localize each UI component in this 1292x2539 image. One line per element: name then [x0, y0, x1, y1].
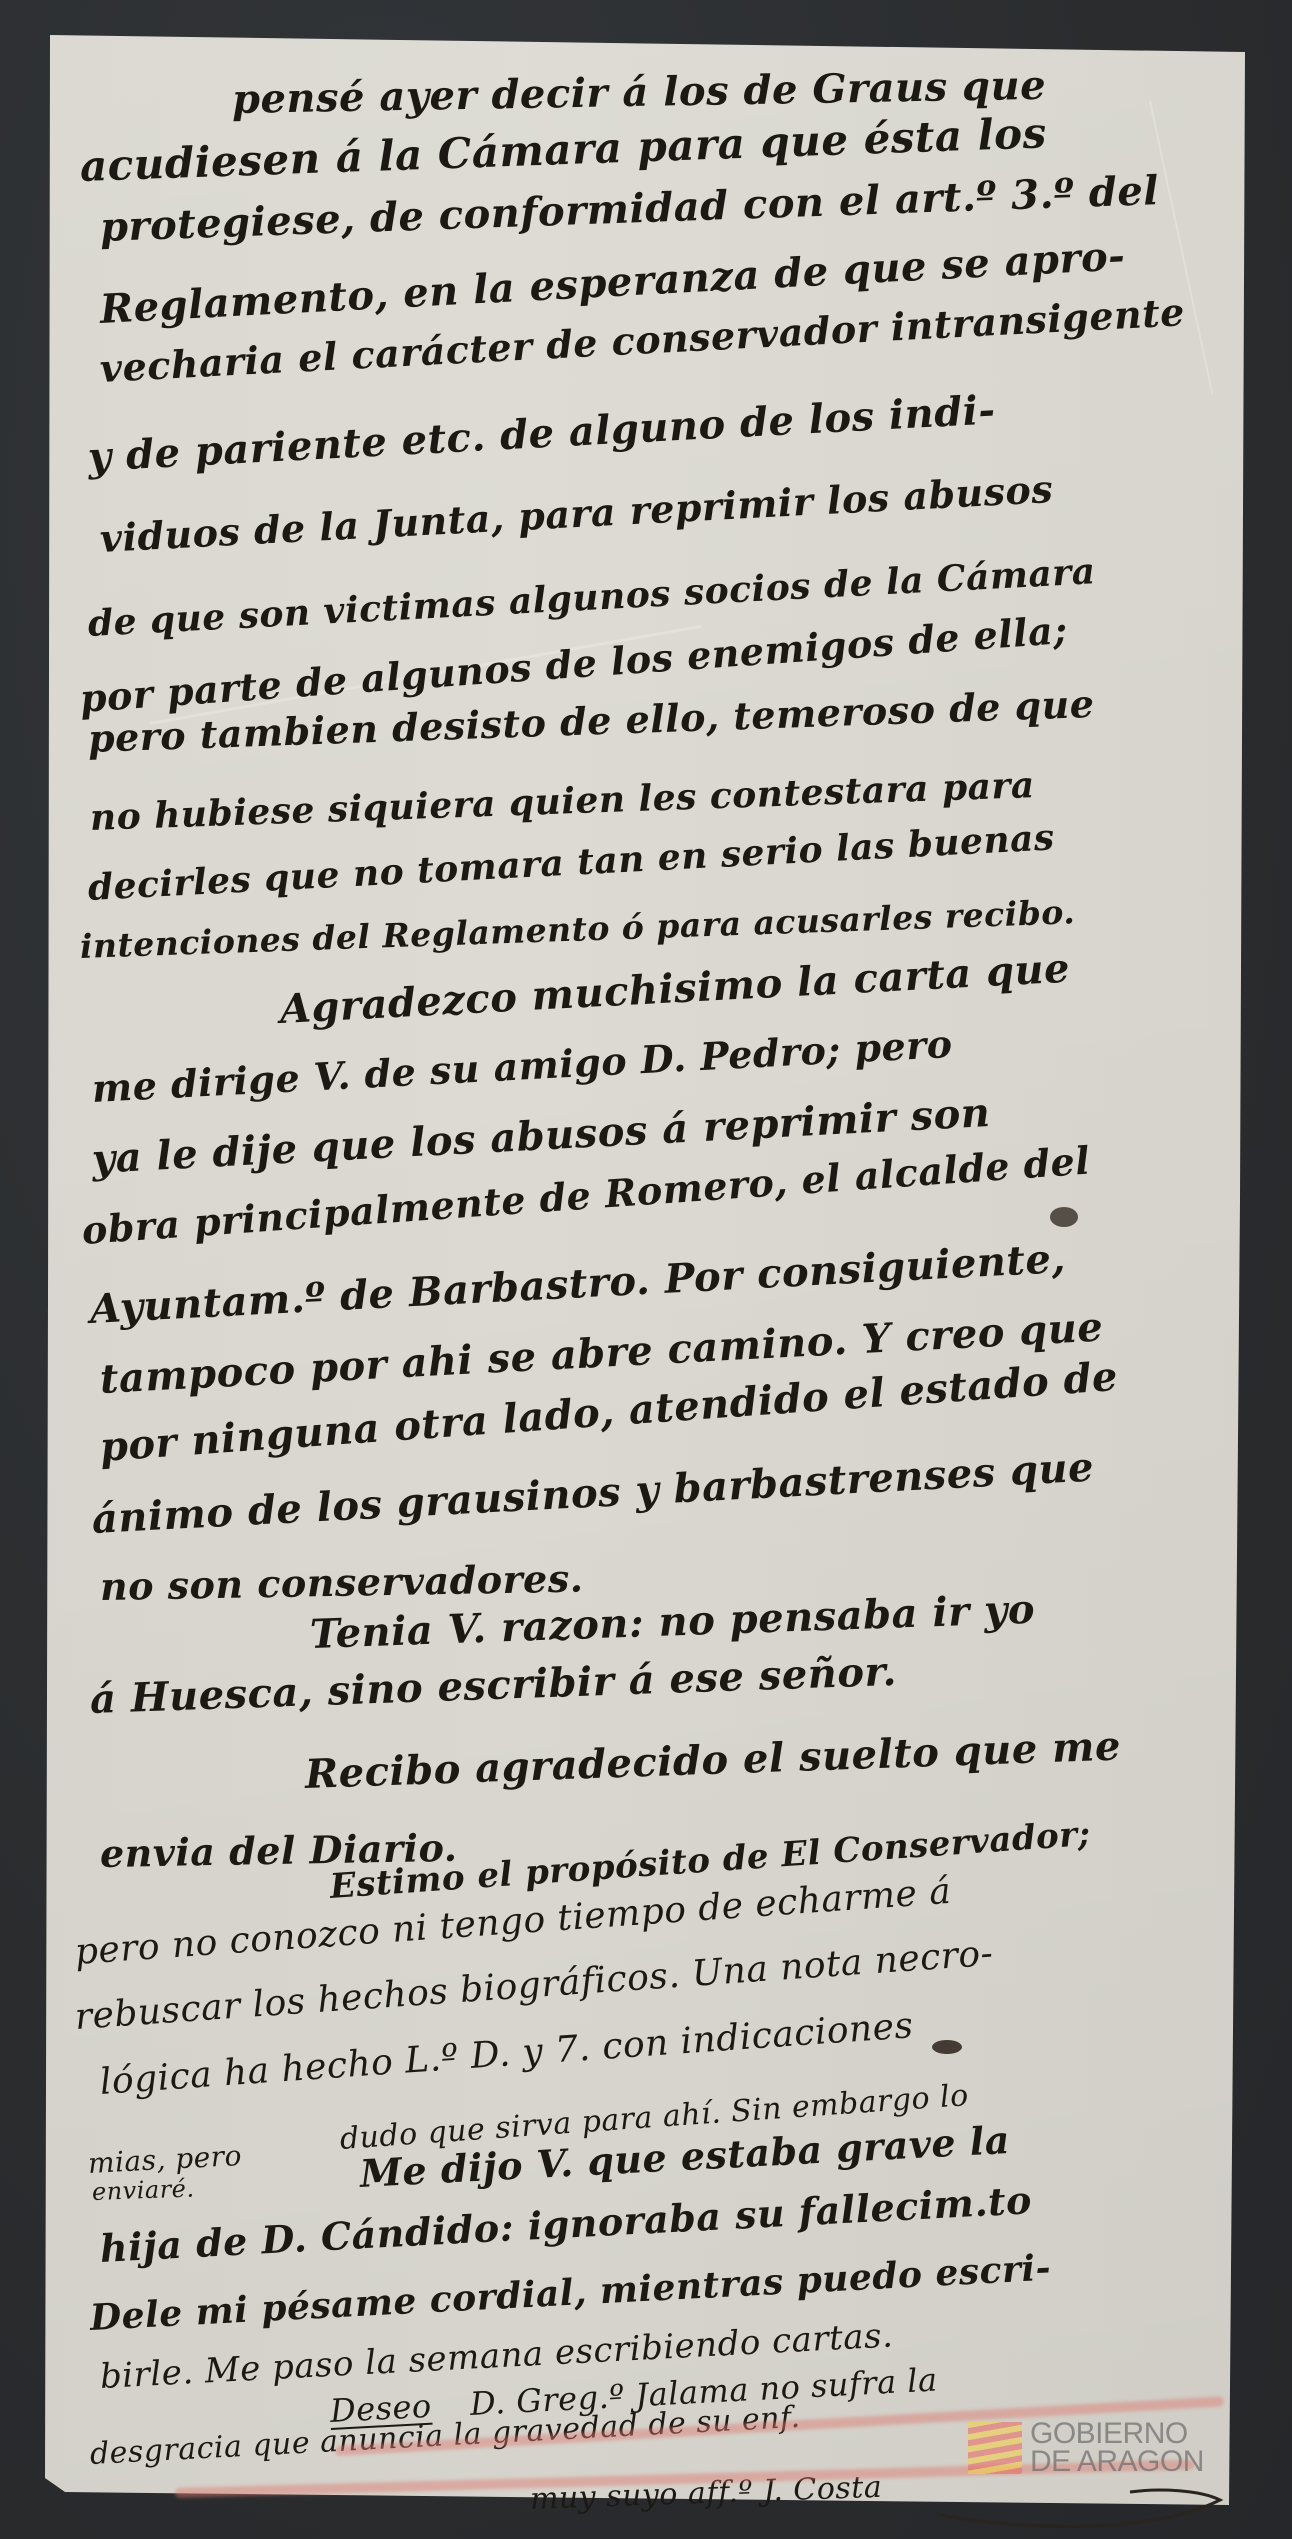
watermark-line-1: GOBIERNO: [1030, 2420, 1204, 2449]
watermark-line-2: DE ARAGON: [1030, 2448, 1204, 2477]
scanned-document: pensé ayer decir á los de Graus que acud…: [0, 0, 1292, 2539]
ink-blot: [932, 2040, 962, 2054]
watermark-text: GOBIERNO DE ARAGON: [1030, 2420, 1204, 2477]
letter-line-32: mias, pero: [87, 2142, 242, 2178]
letter-line-22: no son conservadores.: [100, 1560, 584, 1606]
gobierno-de-aragon-watermark: GOBIERNO DE ARAGON: [968, 2413, 1233, 2483]
letter-line-33: enviaré.: [92, 2176, 195, 2204]
ink-blot: [1050, 1207, 1078, 1227]
aragon-flag-icon: [968, 2422, 1022, 2474]
